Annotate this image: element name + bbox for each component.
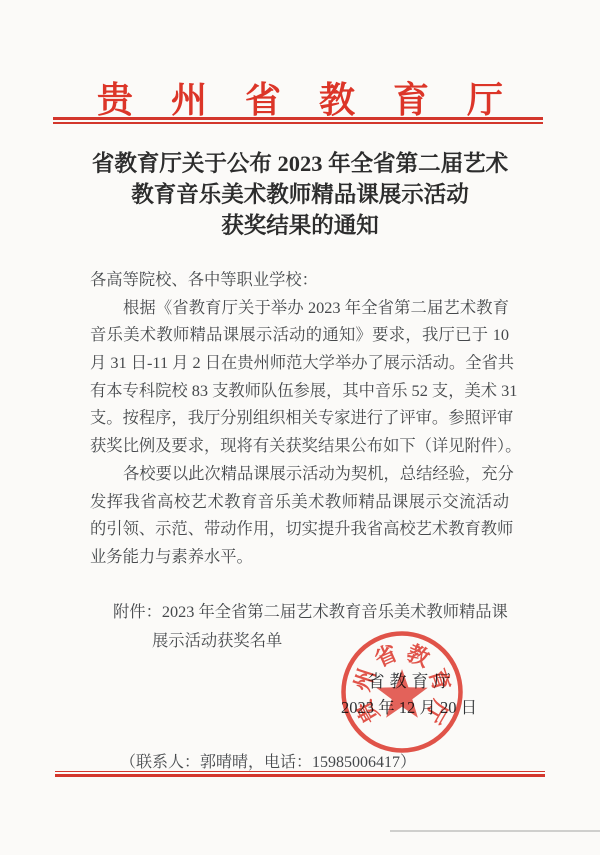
notice-title: 省教育厅关于公布 2023 年全省第二届艺术 教育音乐美术教师精品课展示活动 获… xyxy=(0,148,600,241)
notice-title-line: 教育音乐美术教师精品课展示活动 xyxy=(0,179,600,210)
seal-char: 贵 xyxy=(350,694,384,727)
scanned-notice-page: 贵州省教育厅 省教育厅关于公布 2023 年全省第二届艺术 教育音乐美术教师精品… xyxy=(0,0,600,855)
agency-name: 贵州省教育厅 xyxy=(97,72,541,123)
footer-rule xyxy=(55,771,545,777)
footer-rule-thick xyxy=(55,774,545,777)
body-line: 根据《省教育厅关于举办 2023 年全省第二届艺术教育 xyxy=(90,294,509,322)
body-line: 音乐美术教师精品课展示活动的通知》要求，我厅已于 10 xyxy=(90,321,509,349)
notice-body: 各高等院校、各中等职业学校： 根据《省教育厅关于举办 2023 年全省第二届艺术… xyxy=(90,266,509,571)
body-line: 月 31 日-11 月 2 日在贵州师范大学举办了展示活动。全省共 xyxy=(90,349,509,377)
notice-title-line: 省教育厅关于公布 2023 年全省第二届艺术 xyxy=(0,148,600,179)
body-line: 获奖比例及要求，现将有关获奖结果公布如下（详见附件）。 xyxy=(90,432,509,460)
letterhead-rule-thin xyxy=(53,122,543,124)
scan-artifact-line xyxy=(390,830,600,832)
seal-char: 省 xyxy=(371,640,401,672)
seal-char: 育 xyxy=(424,665,455,694)
letterhead: 贵州省教育厅 xyxy=(0,72,600,123)
body-line: 发挥我省高校艺术教育音乐美术教师精品课展示交流活动 xyxy=(90,488,509,516)
body-line: 的引领、示范、带动作用，切实提升我省高校艺术教育教师 xyxy=(90,515,509,543)
seal-char: 厅 xyxy=(420,696,453,728)
letterhead-rule xyxy=(53,117,543,124)
seal-char: 教 xyxy=(403,640,434,672)
official-seal: 贵 州 省 教 育 厅 xyxy=(328,620,476,768)
star-icon xyxy=(376,669,427,718)
notice-title-line: 获奖结果的通知 xyxy=(0,210,600,241)
seal-char: 州 xyxy=(349,665,380,694)
body-line: 各校要以此次精品课展示活动为契机，总结经验，充分 xyxy=(90,460,509,488)
body-line: 有本专科院校 83 支教师队伍参展，其中音乐 52 支，美术 31 xyxy=(90,377,509,405)
contact-line: （联系人：郭晴晴，电话：15985006417） xyxy=(0,749,536,772)
body-line: 支。按程序，我厅分别组织相关专家进行了评审。参照评审 xyxy=(90,404,509,432)
body-line: 业务能力与素养水平。 xyxy=(90,543,509,571)
salutation-line: 各高等院校、各中等职业学校： xyxy=(90,266,509,294)
